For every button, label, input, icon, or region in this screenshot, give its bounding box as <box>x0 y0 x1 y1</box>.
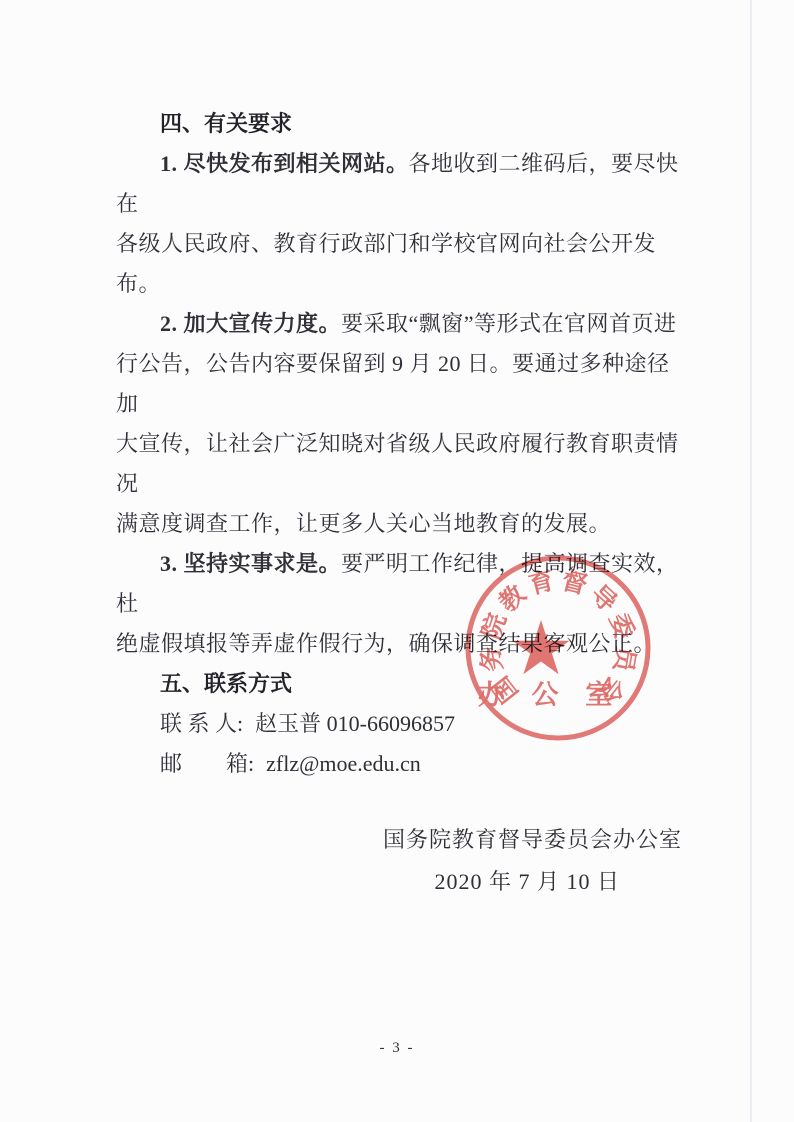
scan-artifact-line <box>750 0 752 1122</box>
contact-email-line: 邮 箱:zflz@moe.edu.cn <box>116 744 682 784</box>
paragraph-3-lead: 3. 坚持实事求是。 <box>160 551 341 576</box>
paragraph-item-2: 2. 加大宣传力度。要采取“飘窗”等形式在官网首页进 行公告，公告内容要保留到 … <box>116 304 682 544</box>
page-number: - 3 - <box>0 1040 794 1057</box>
contact-person-value: 赵玉普 010-66096857 <box>255 711 455 736</box>
paragraph-2-lead: 2. 加大宣传力度。 <box>160 311 341 336</box>
section-heading-requirements: 四、有关要求 <box>116 104 682 144</box>
paragraph-2-text: 要采取“飘窗”等形式在官网首页进 行公告，公告内容要保留到 9 月 20 日。要… <box>116 311 679 536</box>
contact-email-value: zflz@moe.edu.cn <box>266 751 421 776</box>
paragraph-1-lead: 1. 尽快发布到相关网站。 <box>160 151 409 176</box>
signature-date: 2020 年 7 月 10 日 <box>116 860 682 904</box>
section-heading-contact: 五、联系方式 <box>116 664 682 704</box>
signature-block: 国务院教育督导委员会办公室 2020 年 7 月 10 日 <box>116 820 682 904</box>
contact-person-label: 联 系 人: <box>160 711 243 736</box>
document-body: 四、有关要求 1. 尽快发布到相关网站。各地收到二维码后，要尽快在 各级人民政府… <box>116 104 682 904</box>
paragraph-item-1: 1. 尽快发布到相关网站。各地收到二维码后，要尽快在 各级人民政府、教育行政部门… <box>116 144 682 304</box>
paragraph-item-3: 3. 坚持实事求是。要严明工作纪律，提高调查实效，杜 绝虚假填报等弄虚作假行为，… <box>116 544 682 664</box>
signature-organization: 国务院教育督导委员会办公室 <box>116 820 682 860</box>
scanned-document-page: 四、有关要求 1. 尽快发布到相关网站。各地收到二维码后，要尽快在 各级人民政府… <box>0 0 794 1122</box>
contact-email-label: 邮 箱: <box>160 751 254 776</box>
contact-person-line: 联 系 人:赵玉普 010-66096857 <box>116 704 682 744</box>
